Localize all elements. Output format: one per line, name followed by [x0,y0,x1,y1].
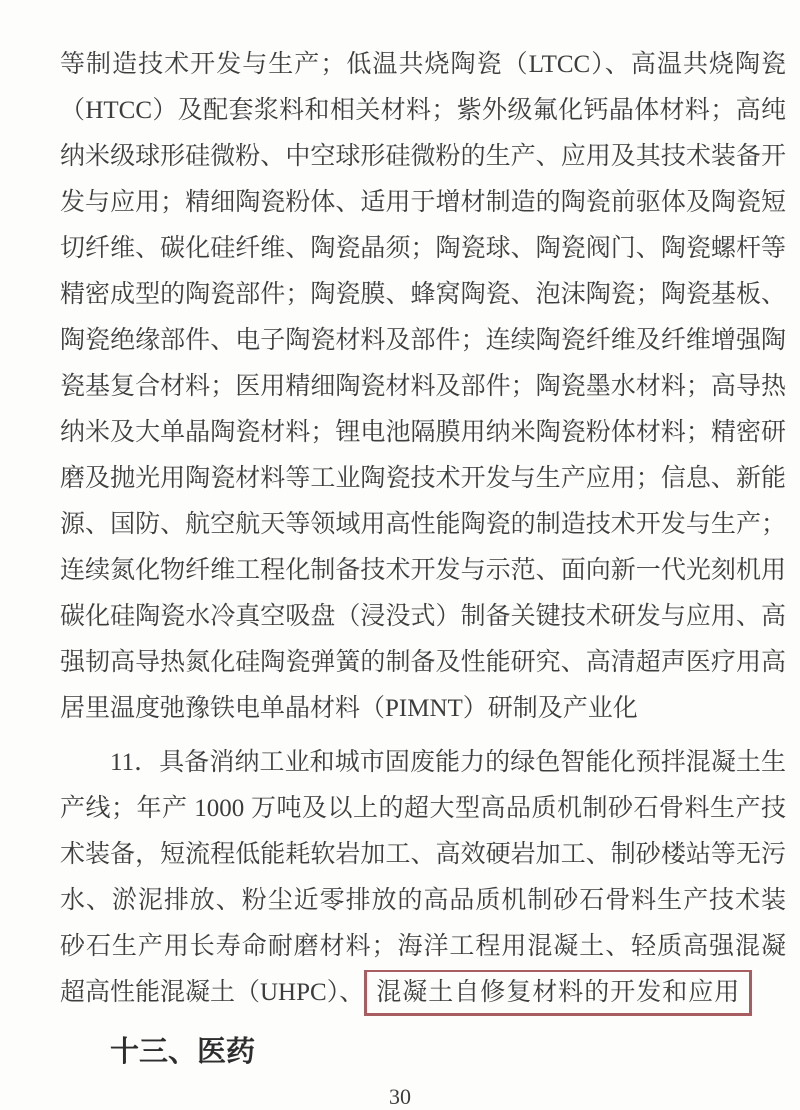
text-line: 产线；年产 1000 万吨及以上的超大型高品质机制砂石骨料生产技 [60,786,786,832]
paragraph-item-11: 11．具备消纳工业和城市固废能力的绿色智能化预拌混凝土生 产线；年产 1000 … [60,740,786,1016]
document-page: 等制造技术开发与生产；低温共烧陶瓷（LTCC）、高温共烧陶瓷 （HTCC）及配套… [0,0,800,1110]
text-line: 纳米及大单晶陶瓷材料；锂电池隔膜用纳米陶瓷粉体材料；精密研 [60,410,786,456]
text-line: 连续氮化物纤维工程化制备技术开发与示范、面向新一代光刻机用 [60,548,786,594]
text-line-with-highlight: 超高性能混凝土（UHPC）、混凝土自修复材料的开发和应用 [60,970,786,1016]
text-line: 精密成型的陶瓷部件；陶瓷膜、蜂窝陶瓷、泡沫陶瓷；陶瓷基板、 [60,272,786,318]
paragraph-continuation: 等制造技术开发与生产；低温共烧陶瓷（LTCC）、高温共烧陶瓷 （HTCC）及配套… [60,42,786,732]
text-line: 水、淤泥排放、粉尘近零排放的高品质机制砂石骨料生产技术装备， [60,878,786,924]
text-line: 术装备，短流程低能耗软岩加工、高效硬岩加工、制砂楼站等无污 [60,832,786,878]
text-line: 磨及抛光用陶瓷材料等工业陶瓷技术开发与生产应用；信息、新能 [60,456,786,502]
highlight-box: 混凝土自修复材料的开发和应用 [364,970,752,1016]
text-line: 11．具备消纳工业和城市固废能力的绿色智能化预拌混凝土生 [60,740,786,786]
section-heading: 十三、医药 [110,1030,786,1074]
text-before-highlight: 超高性能混凝土（UHPC）、 [60,979,364,1006]
page-number: 30 [37,1084,763,1110]
text-line: （HTCC）及配套浆料和相关材料；紫外级氟化钙晶体材料；高纯 [60,88,786,134]
text-line: 碳化硅陶瓷水冷真空吸盘（浸没式）制备关键技术研发与应用、高 [60,594,786,640]
text-line: 强韧高导热氮化硅陶瓷弹簧的制备及性能研究、高清超声医疗用高 [60,640,786,686]
text-line: 纳米级球形硅微粉、中空球形硅微粉的生产、应用及其技术装备开 [60,134,786,180]
text-line: 瓷基复合材料；医用精细陶瓷材料及部件；陶瓷墨水材料；高导热 [60,364,786,410]
text-line: 居里温度弛豫铁电单晶材料（PIMNT）研制及产业化 [60,686,786,732]
text-line: 陶瓷绝缘部件、电子陶瓷材料及部件；连续陶瓷纤维及纤维增强陶 [60,318,786,364]
text-line: 源、国防、航空航天等领域用高性能陶瓷的制造技术开发与生产； [60,502,786,548]
text-line: 砂石生产用长寿命耐磨材料；海洋工程用混凝土、轻质高强混凝土、 [60,924,786,970]
text-line: 等制造技术开发与生产；低温共烧陶瓷（LTCC）、高温共烧陶瓷 [60,42,786,88]
text-line: 发与应用；精细陶瓷粉体、适用于增材制造的陶瓷前驱体及陶瓷短 [60,180,786,226]
text-line: 切纤维、碳化硅纤维、陶瓷晶须；陶瓷球、陶瓷阀门、陶瓷螺杆等 [60,226,786,272]
